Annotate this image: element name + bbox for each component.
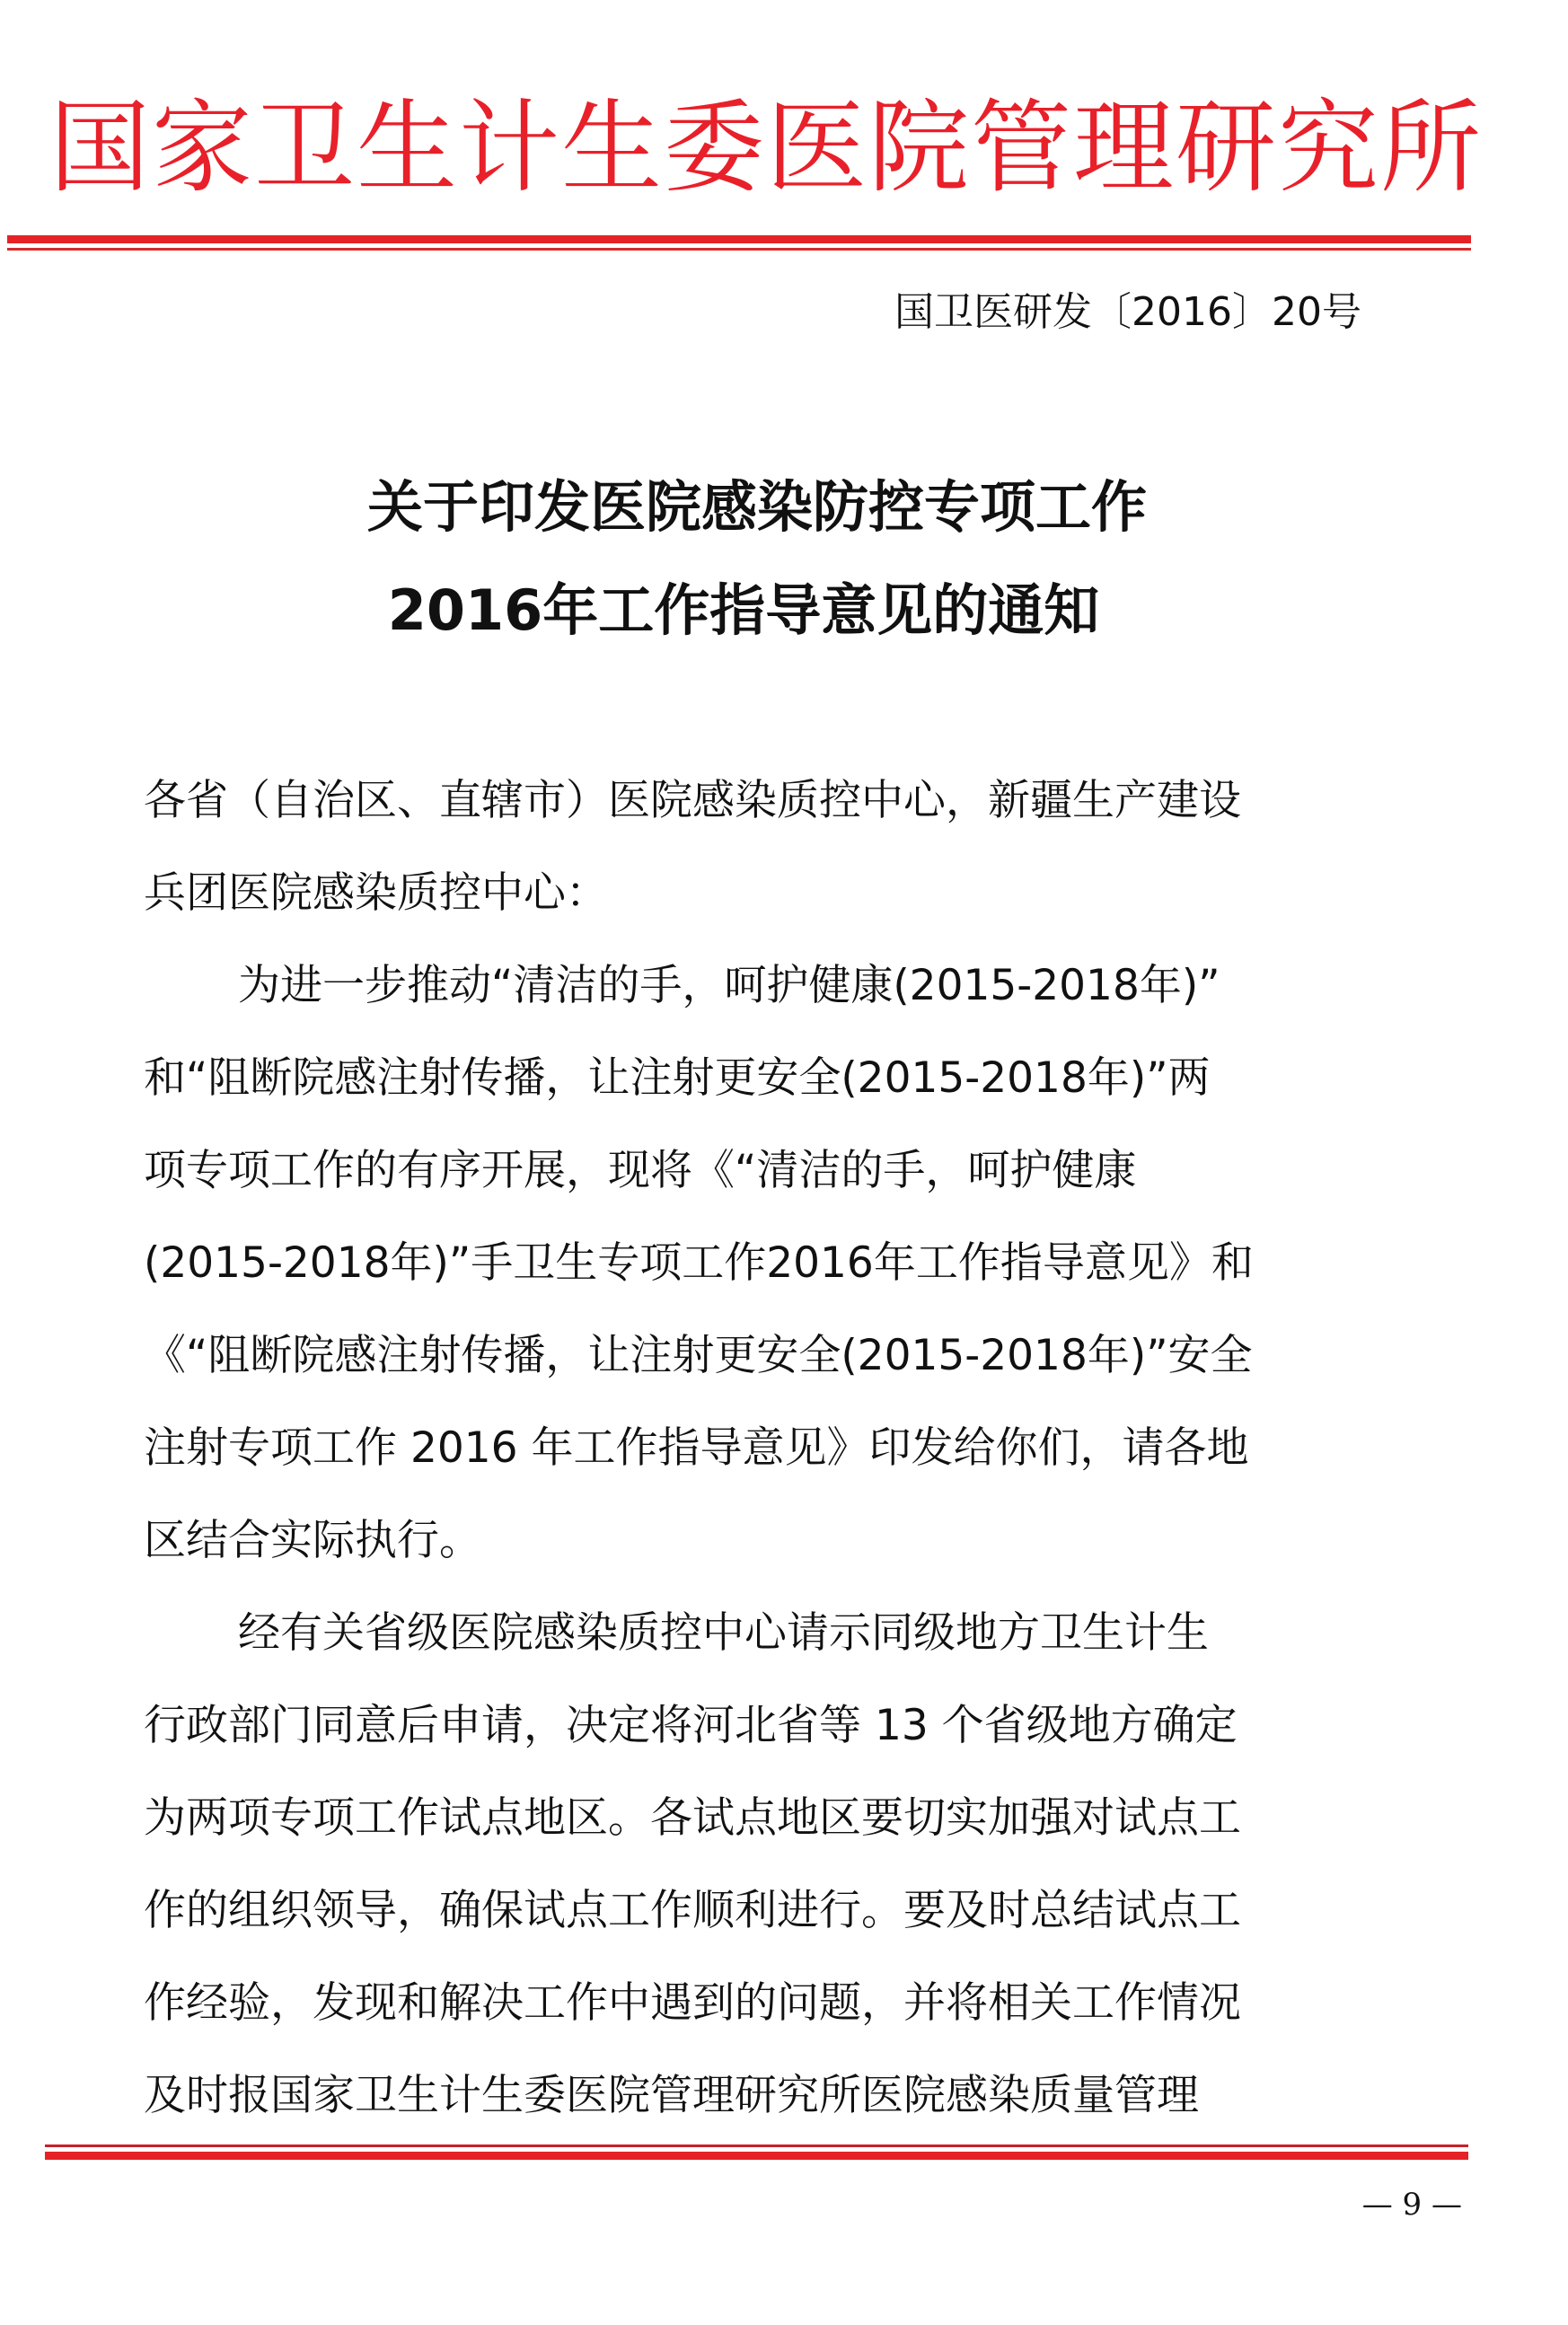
salutation-line-1: 各省（自治区、直辖市）医院感染质控中心，新疆生产建设: [144, 754, 1374, 847]
document-title-line-1: 关于印发医院感染防控专项工作: [0, 471, 1541, 543]
header-red-rule: [7, 235, 1471, 251]
paragraph-1-line-4: (2015-2018年)”手卫生专项工作2016年工作指导意见》和: [144, 1217, 1374, 1309]
document-body: 各省（自治区、直辖市）医院感染质控中心，新疆生产建设 兵团医院感染质控中心： 为…: [144, 754, 1374, 2142]
paragraph-2-line-4: 作的组织领导，确保试点工作顺利进行。要及时总结试点工: [144, 1864, 1374, 1957]
document-number: 国卫医研发〔2016〕20号: [894, 286, 1361, 339]
paragraph-1-line-5: 《“阻断院感注射传播，让注射更安全(2015-2018年)”安全: [144, 1309, 1374, 1402]
paragraph-1-line-7: 区结合实际执行。: [144, 1494, 1374, 1587]
paragraph-2-line-1: 经有关省级医院感染质控中心请示同级地方卫生计生: [144, 1587, 1374, 1679]
issuer-masthead: 国家卫生计生委医院管理研究所: [49, 90, 1450, 207]
salutation-line-2: 兵团医院感染质控中心：: [144, 847, 1374, 939]
paragraph-1-line-2: 和“阻断院感注射传播，让注射更安全(2015-2018年)”两: [144, 1032, 1374, 1124]
paragraph-1-line-1: 为进一步推动“清洁的手，呵护健康(2015-2018年)”: [144, 939, 1374, 1032]
paragraph-2-line-3: 为两项专项工作试点地区。各试点地区要切实加强对试点工: [144, 1772, 1374, 1864]
footer-red-rule: [45, 2144, 1468, 2160]
page-number: — 9 —: [1362, 2182, 1462, 2227]
header-rule-thin: [7, 248, 1471, 251]
paragraph-1-line-3: 项专项工作的有序开展，现将《“清洁的手，呵护健康: [144, 1124, 1374, 1217]
paragraph-2-line-5: 作经验，发现和解决工作中遇到的问题，并将相关工作情况: [144, 1957, 1374, 2049]
paragraph-2-line-6: 及时报国家卫生计生委医院管理研究所医院感染质量管理: [144, 2049, 1374, 2142]
paragraph-1-line-6: 注射专项工作 2016 年工作指导意见》印发给你们，请各地: [144, 1402, 1374, 1494]
paragraph-2-line-2: 行政部门同意后申请，决定将河北省等 13 个省级地方确定: [144, 1679, 1374, 1772]
footer-rule-thick: [45, 2152, 1468, 2160]
document-title-line-2: 2016年工作指导意见的通知: [0, 575, 1528, 647]
header-rule-thick: [7, 235, 1471, 243]
